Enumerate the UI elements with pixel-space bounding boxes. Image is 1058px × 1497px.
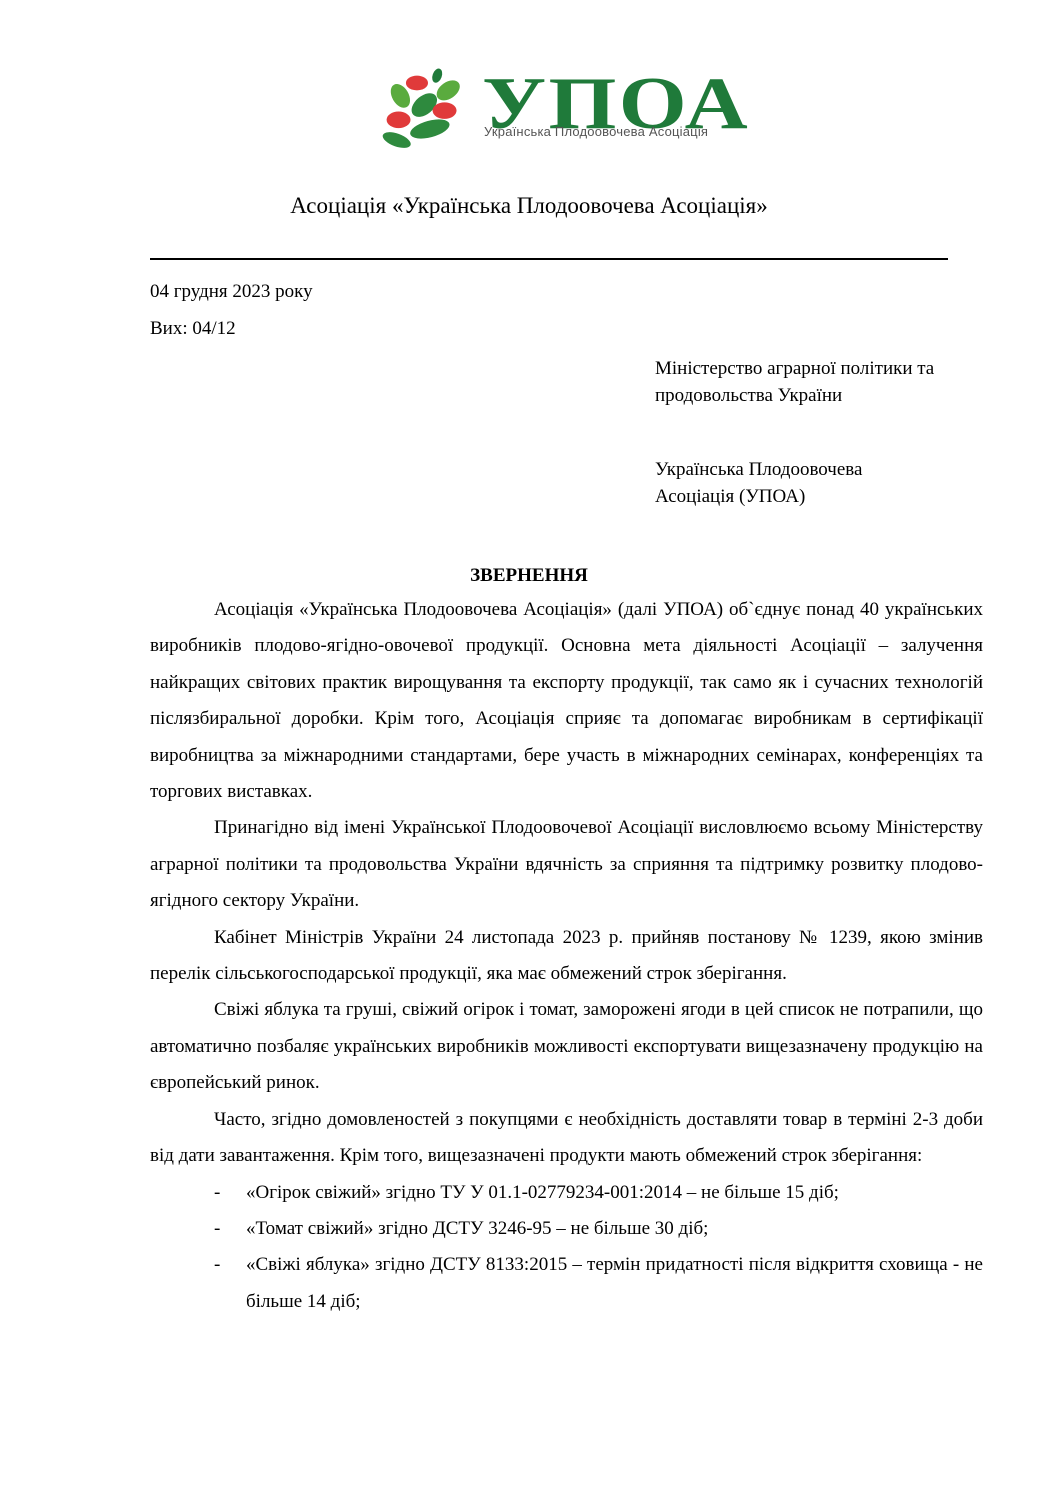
berries-leaves-icon xyxy=(382,63,474,149)
addressee-ministry: Міністерство аграрної політики та продов… xyxy=(655,355,934,409)
header-divider xyxy=(150,258,948,260)
document-heading: ЗВЕРНЕННЯ xyxy=(0,565,1058,587)
paragraph: Асоціація «Українська Плодоовочева Асоці… xyxy=(150,592,983,810)
shelf-life-list: - «Огірок свіжий» згідно ТУ У 01.1-02779… xyxy=(150,1175,983,1321)
list-item-text: «Огірок свіжий» згідно ТУ У 01.1-0277923… xyxy=(246,1182,839,1203)
organization-title: Асоціація «Українська Плодоовочева Асоці… xyxy=(0,193,1058,219)
upoa-logo: УПОА Українська Плодоовочева Асоціація xyxy=(382,55,762,155)
list-item: - «Свіжі яблука» згідно ДСТУ 8133:2015 –… xyxy=(150,1247,983,1320)
list-item: - «Огірок свіжий» згідно ТУ У 01.1-02779… xyxy=(150,1175,983,1211)
outgoing-number: Вих: 04/12 xyxy=(150,318,236,340)
paragraph: Свіжі яблука та груші, свіжий огірок і т… xyxy=(150,992,983,1101)
addressee-line: Українська Плодоовочева xyxy=(655,456,862,483)
letter-date: 04 грудня 2023 року xyxy=(150,281,313,303)
paragraph: Принагідно від імені Української Плодоов… xyxy=(150,810,983,919)
logo-subtitle: Українська Плодоовочева Асоціація xyxy=(484,124,708,139)
addressee-line: продовольства України xyxy=(655,382,934,409)
paragraph: Кабінет Міністрів України 24 листопада 2… xyxy=(150,920,983,993)
list-item-text: «Томат свіжий» згідно ДСТУ 3246-95 – не … xyxy=(246,1218,708,1239)
paragraph: Часто, згідно домовленостей з покупцями … xyxy=(150,1102,983,1175)
dash-bullet-icon: - xyxy=(214,1247,220,1283)
list-item: - «Томат свіжий» згідно ДСТУ 3246-95 – н… xyxy=(150,1211,983,1247)
addressee-line: Асоціація (УПОА) xyxy=(655,483,862,510)
document-body: Асоціація «Українська Плодоовочева Асоці… xyxy=(150,592,983,1320)
addressee-line: Міністерство аграрної політики та xyxy=(655,355,934,382)
dash-bullet-icon: - xyxy=(214,1175,220,1211)
addressee-sender: Українська Плодоовочева Асоціація (УПОА) xyxy=(655,456,862,510)
list-item-text: «Свіжі яблука» згідно ДСТУ 8133:2015 – т… xyxy=(246,1254,983,1311)
dash-bullet-icon: - xyxy=(214,1211,220,1247)
